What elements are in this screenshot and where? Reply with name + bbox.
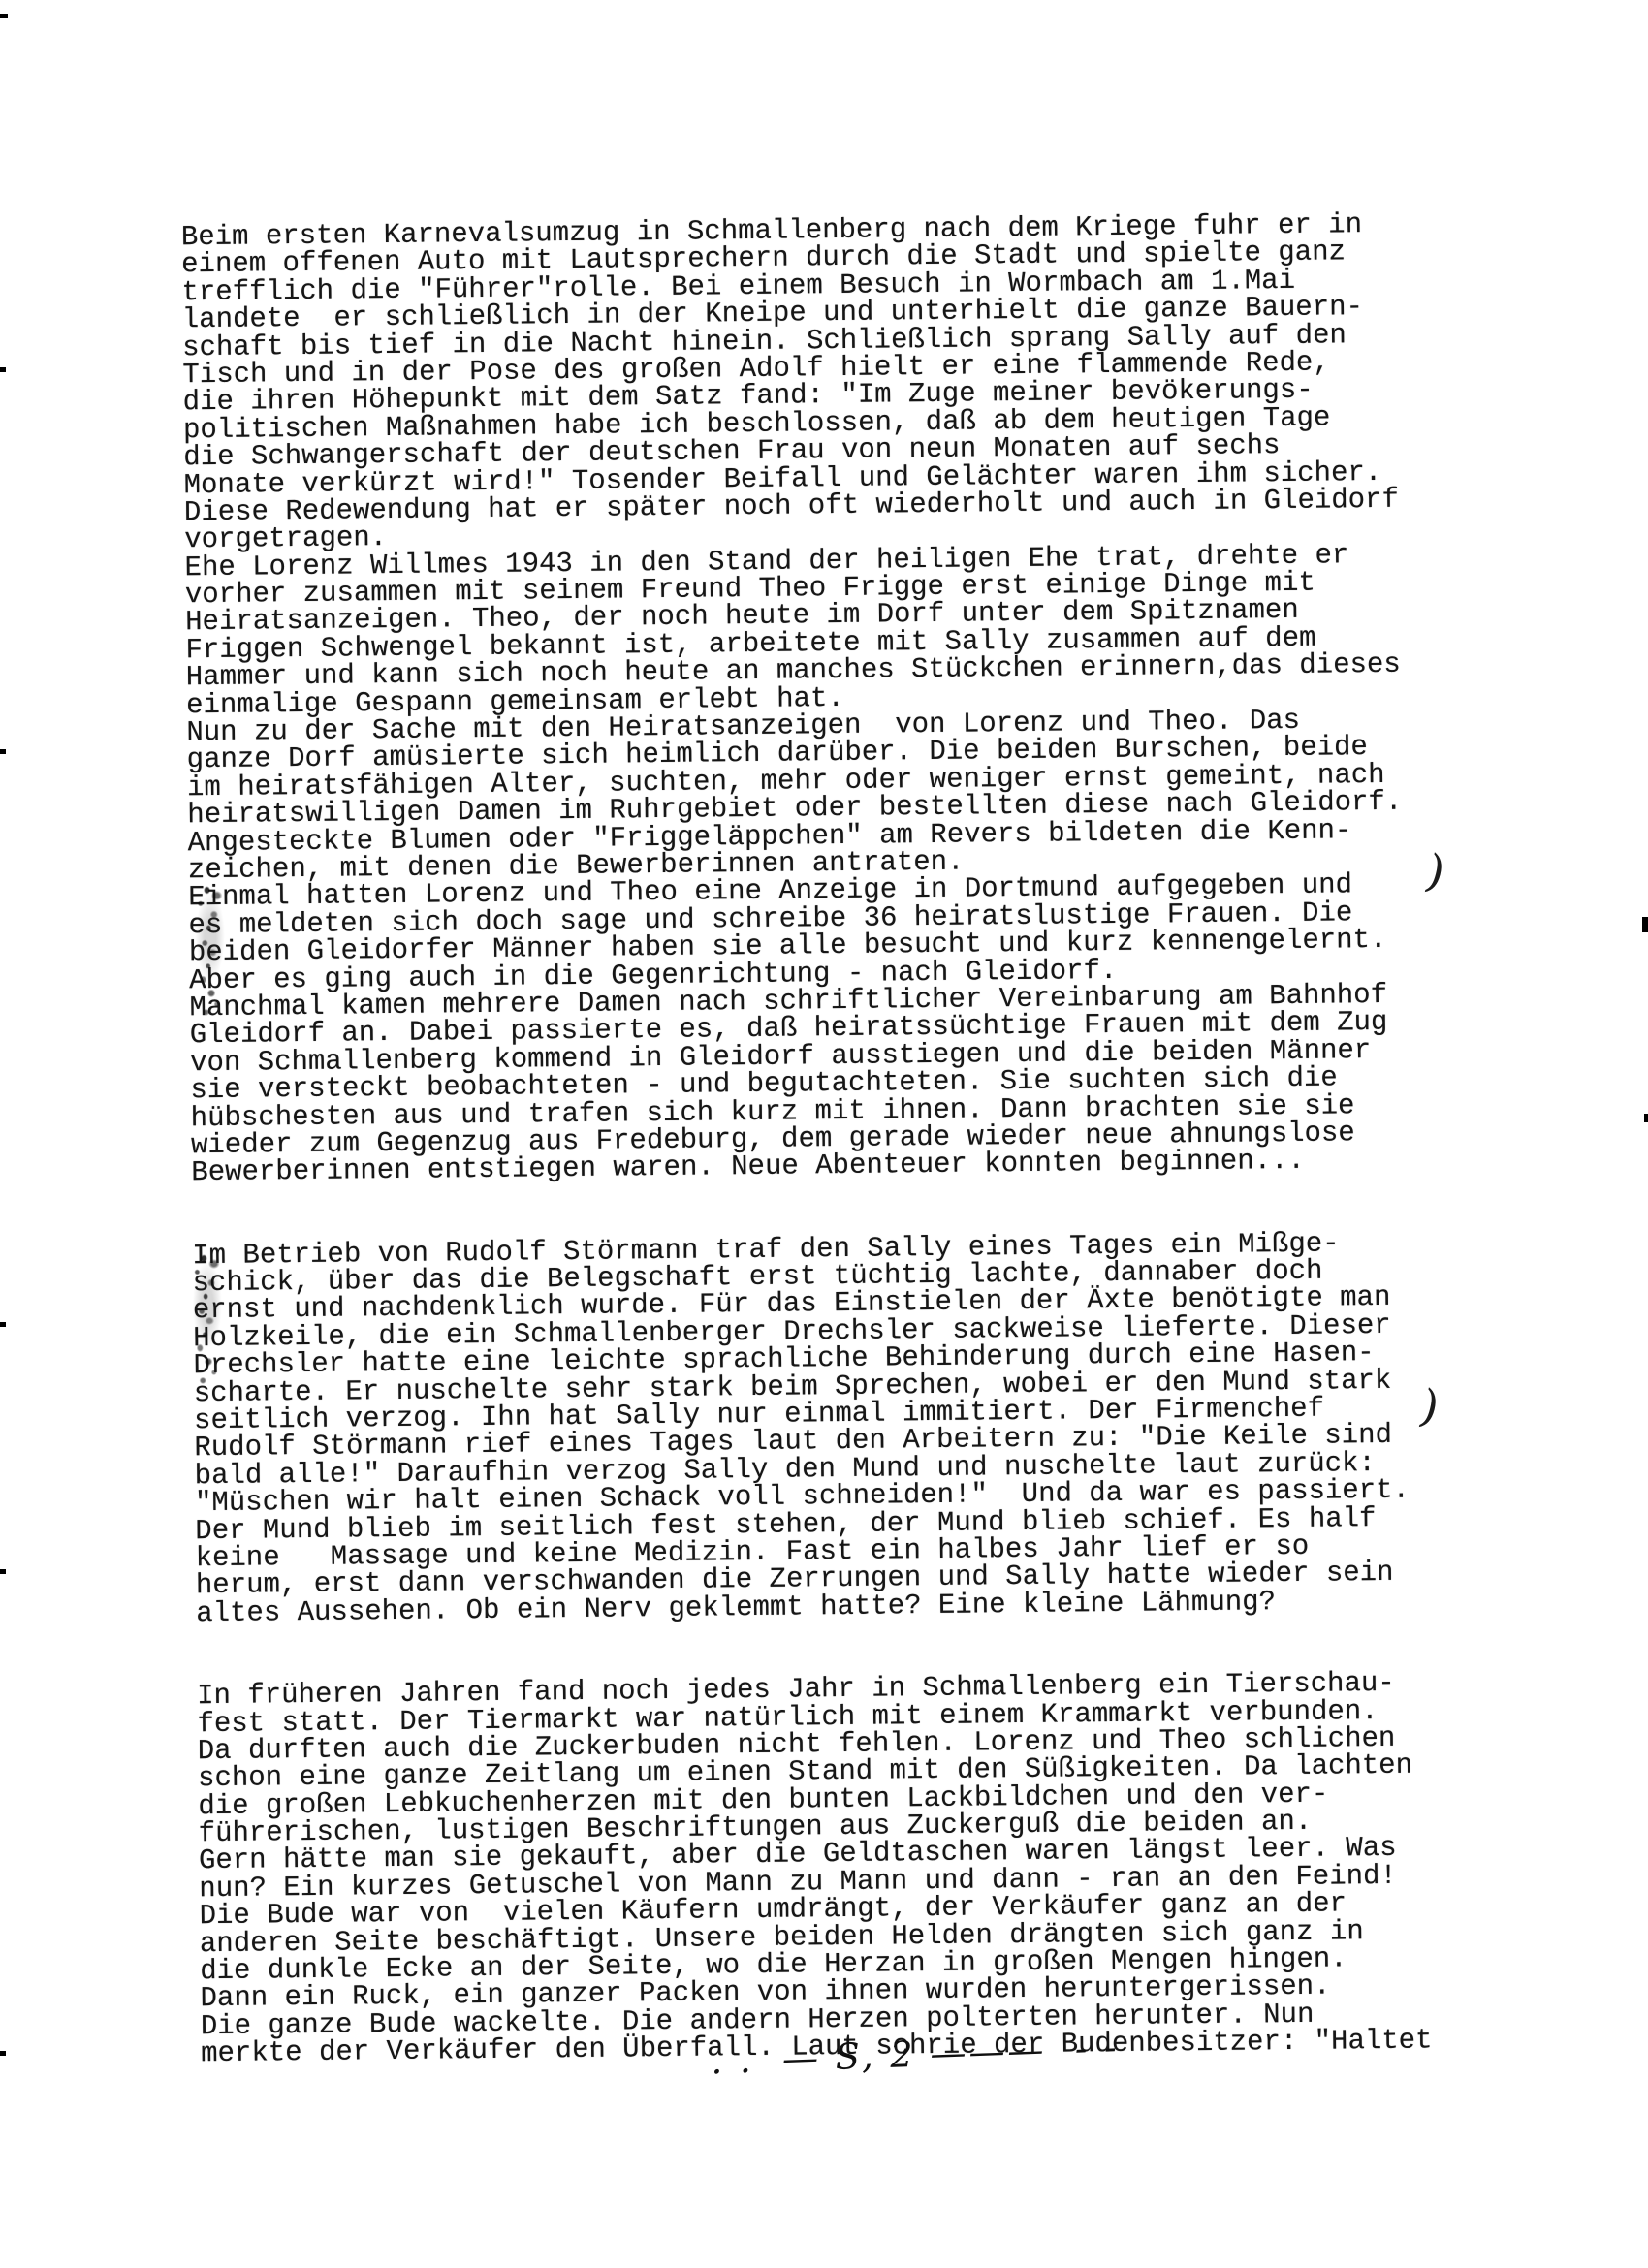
ink-smudge [184, 882, 238, 1018]
scan-artifact-mark [1642, 917, 1648, 932]
scan-artifact-mark [0, 2051, 6, 2056]
scan-artifact-mark [0, 1569, 6, 1574]
scanned-document-page: Beim ersten Karnevalsumzug in Schmallenb… [0, 0, 1648, 2268]
paragraph: Im Betrieb von Rudolf Störmann traf den … [192, 1228, 1495, 1627]
paragraph: Beim ersten Karnevalsumzug in Schmallenb… [181, 210, 1491, 1187]
typewritten-text-block: Beim ersten Karnevalsumzug in Schmallenb… [181, 210, 1501, 2068]
scan-artifact-mark [0, 367, 6, 372]
scan-artifact-mark [0, 14, 8, 18]
scan-artifact-mark [0, 749, 6, 754]
ink-smudge [180, 1250, 237, 1386]
scan-artifact-mark [1644, 1114, 1648, 1122]
scan-artifact-mark [0, 1322, 6, 1327]
paragraph: In früheren Jahren fand noch jedes Jahr … [197, 1669, 1500, 2068]
